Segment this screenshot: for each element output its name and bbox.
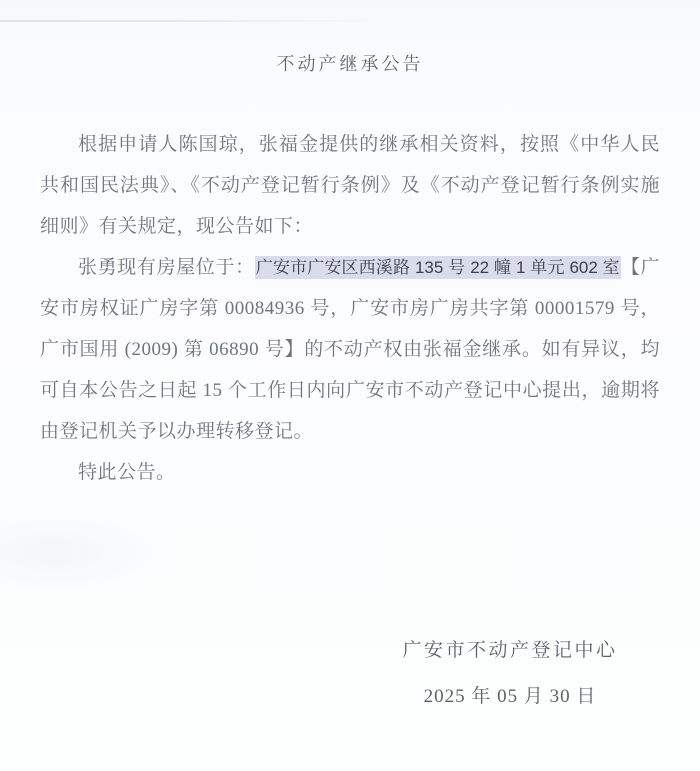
document-title: 不动产继承公告	[40, 50, 660, 78]
paragraph-property-details: 张勇现有房屋位于：广安市广安区西溪路 135 号 22 幢 1 单元 602 室…	[40, 247, 660, 452]
property-certificates-text: 【广安市房权证广房字第 00084936 号，广安市房广房共字第 0000157…	[40, 257, 660, 442]
issue-date: 2025 年 05 月 30 日	[360, 685, 660, 709]
signature-block: 广安市不动产登记中心 2025 年 05 月 30 日	[360, 639, 660, 709]
property-intro-text: 张勇现有房屋位于：	[78, 257, 255, 278]
document-content-area: 不动产继承公告 根据申请人陈国琼，张福金提供的继承相关资料，按照《中华人民共和国…	[40, 50, 660, 709]
scan-artifact-line	[0, 20, 375, 22]
property-address-highlight: 广安市广安区西溪路 135 号 22 幢 1 单元 602 室	[255, 256, 621, 279]
scanned-document-page: 不动产继承公告 根据申请人陈国琼，张福金提供的继承相关资料，按照《中华人民共和国…	[0, 0, 700, 771]
issuing-authority: 广安市不动产登记中心	[360, 639, 660, 663]
document-body: 根据申请人陈国琼，张福金提供的继承相关资料，按照《中华人民共和国民法典》、《不动…	[40, 124, 660, 493]
closing-statement: 特此公告。	[40, 452, 660, 493]
paragraph-legal-basis: 根据申请人陈国琼，张福金提供的继承相关资料，按照《中华人民共和国民法典》、《不动…	[40, 124, 660, 247]
paragraph-legal-basis-text: 根据申请人陈国琼，张福金提供的继承相关资料，按照《中华人民共和国民法典》、《不动…	[40, 134, 660, 237]
